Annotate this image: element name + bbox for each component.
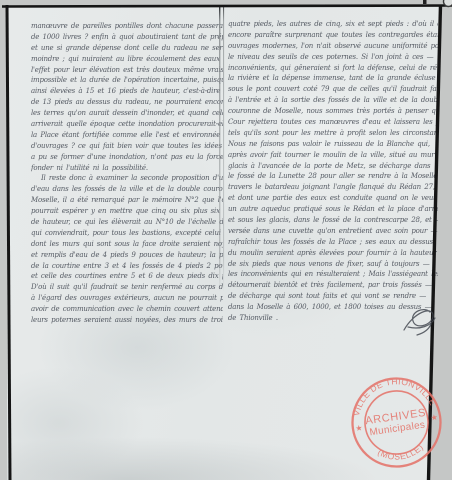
page-fold-divider-2: [223, 7, 224, 372]
frame-edge-left: [7, 5, 10, 480]
page-fold-divider: [219, 7, 220, 372]
frame-edge-top: [2, 6, 452, 7]
paraph-flourish-icon: [404, 310, 435, 335]
film-edge-mark-icon: [444, 0, 452, 7]
stamp-star-right-icon: ★: [430, 413, 438, 423]
stamp-star-left-icon: ★: [355, 423, 363, 433]
film-speck-icon: [423, 0, 427, 4]
archival-scan: manœuvre de pareilles pontilles dont cha…: [0, 0, 452, 480]
archives-stamp: VILLE DE THIONVILLE (MOSELLE) ARCHIVES M…: [343, 369, 450, 476]
